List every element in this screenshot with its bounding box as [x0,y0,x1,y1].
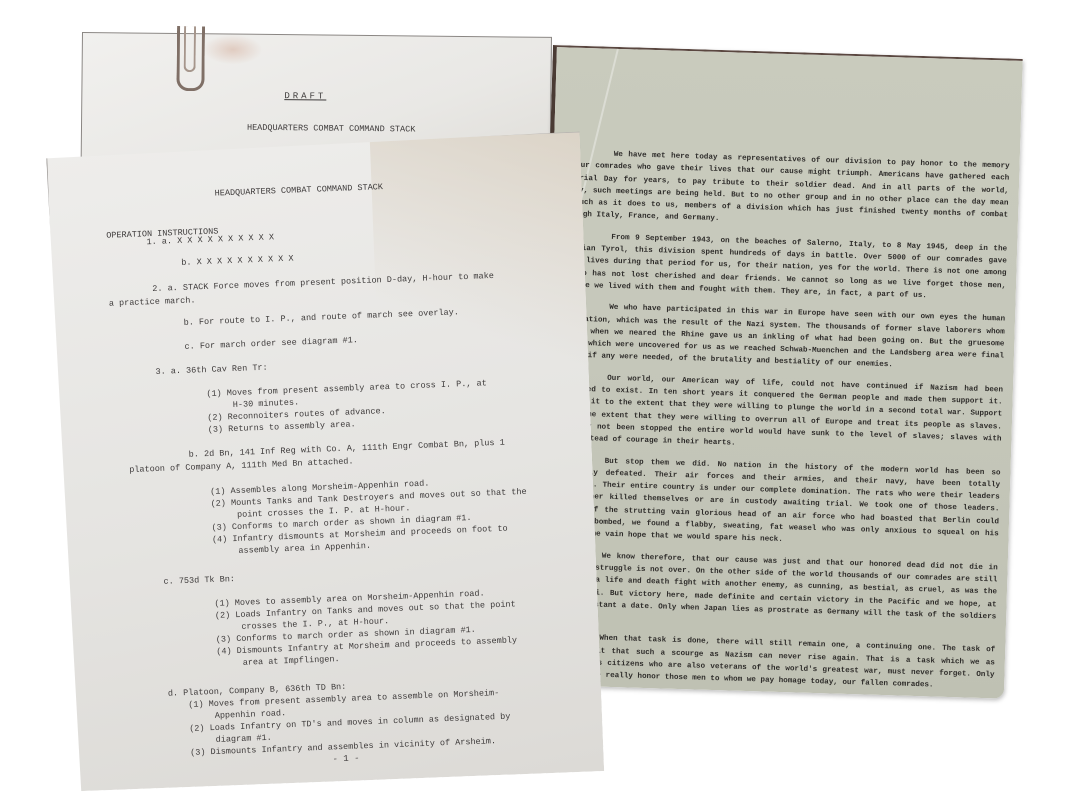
instruction-line: Appenhin road. [215,708,287,721]
draft-heading: HEADQUARTERS COMBAT COMMAND STACK [247,123,415,135]
speech-paragraph: We have met here today as representative… [560,147,1010,234]
instruction-line: 3. a. 36th Cav Ren Tr: [155,363,268,377]
speech-paragraph: We know therefore, that our cause was ju… [548,549,998,636]
instruction-line: c. 753d Tk Bn: [163,574,235,587]
instruction-line: area at Impflingen. [243,654,340,668]
instruction-line: diagram #1. [216,733,272,745]
instruction-line: b. X X X X X X X X X X [181,254,294,268]
speech-paragraph: When that task is done, there will still… [546,631,995,693]
draft-stamp: DRAFT [284,91,326,101]
speech-paragraph: But stop them we did. No nation in the h… [550,454,1000,553]
speech-paragraph: Our world, our American way of life, cou… [553,371,1003,458]
instruction-line: a practice march. [109,295,196,308]
memorial-speech-text: We have met here today as representative… [546,147,1010,703]
speech-paragraph: From 9 September 1943, on the beaches of… [558,230,1008,305]
paperclip-icon [176,26,205,91]
paper-shadow [370,133,590,401]
instruction-line: H-30 minutes. [233,397,300,410]
memorial-speech-sheet: We have met here today as representative… [534,45,1023,699]
speech-paragraph: We who have participated in this war in … [556,301,1006,376]
page-number: - 1 - [332,753,359,764]
instruction-line: c. For march order see diagram #1. [184,335,358,352]
instruction-line: platoon of Company A, 111th Med Bn attac… [129,456,354,475]
operations-sheet: HEADQUARTERS COMBAT COMMAND STACK OPERAT… [46,132,604,792]
operations-heading: HEADQUARTERS COMBAT COMMAND STACK [215,182,384,198]
stain [203,34,263,65]
